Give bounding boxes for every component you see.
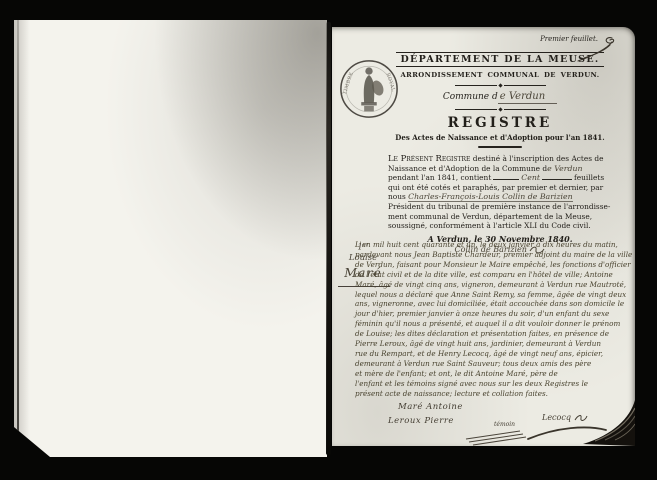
act-line: de l'état civil et de la dite ville, est… <box>355 270 635 280</box>
stamp-figure-head <box>365 67 372 74</box>
act-line: féminin qu'il nous a présenté, et auquel… <box>355 319 635 329</box>
paraph-flourish-icon <box>576 36 616 66</box>
act-line: demeurant à Verdun rue Saint Sauveur; to… <box>355 359 635 369</box>
act-line: rue du Rempart, et de Henry Lecocq, âgé … <box>355 349 635 359</box>
signature-leroux-pierre: Leroux Pierre <box>388 416 454 426</box>
commune-value: e Verdun <box>498 91 557 104</box>
declaration-line: soussigné, conformément à l'article XLI … <box>388 221 612 231</box>
blank-line <box>542 173 572 180</box>
declaration-line: Le Présent Registre destiné à l'inscript… <box>388 154 612 164</box>
header-rule-top <box>396 52 604 53</box>
act-line: Pierre Leroux, âgé de vingt huit ans, ja… <box>355 339 635 349</box>
header-rule-bottom <box>396 66 604 67</box>
declaration-line: qui ont été cotés et paraphés, par premi… <box>388 183 612 193</box>
act-line: présent acte de naissance; lecture et co… <box>355 389 635 399</box>
ornament-divider <box>388 84 612 87</box>
printed-header: Premier feuillet. DÉPARTEMENT DE LA MEUS… <box>388 35 612 255</box>
act-line: pardevant nous Jean Baptiste Chardeur, p… <box>355 250 635 260</box>
page-corner-curl <box>577 400 635 446</box>
register-title: REGISTRE <box>388 115 612 131</box>
act-line: ans, vigneronne, avec lui domiciliée, ét… <box>355 299 635 309</box>
ornament-divider <box>388 108 612 111</box>
commune-label: Commune d <box>443 92 498 102</box>
act-line: de Louise; les dites déclaration et prés… <box>355 329 635 339</box>
microfilm-scan-frame: TIMBRE ROYAL Premier feuillet. DÉPARTEME… <box>0 0 657 480</box>
act-line: jour d'hier, premier janvier à onze heur… <box>355 309 635 319</box>
register-page: TIMBRE ROYAL Premier feuillet. DÉPARTEME… <box>332 27 635 446</box>
declaration-paragraph: Le Présent Registre destiné à l'inscript… <box>388 154 612 231</box>
act-body-text: L'an mil huit cent quarante et un, le de… <box>355 240 635 399</box>
arrondissement-title: ARRONDISSEMENT COMMUNAL DE VERDUN. <box>388 71 612 80</box>
declaration-line: Président du tribunal de première instan… <box>388 202 612 212</box>
declaration-line: nous Charles-François-Louis Collin de Ba… <box>388 192 612 202</box>
act-line: de Verdun, faisant pour Monsieur le Mair… <box>355 260 635 270</box>
act-line: et mère de l'enfant; et ont, le dit Anto… <box>355 369 635 379</box>
ornament-bar <box>478 146 522 148</box>
declaration-line: ment communal de Verdun, département de … <box>388 212 612 222</box>
register-subtitle: Des Actes de Naissance et d'Adoption pou… <box>388 133 612 142</box>
act-line: Maré, âgé de vingt cinq ans, vigneron, d… <box>355 280 635 290</box>
declaration-line: pendant l'an 1841, contientCentfeuillets <box>388 173 612 183</box>
blank-line <box>493 173 519 180</box>
stamp-left-text: TIMBRE <box>342 71 355 95</box>
blank-facing-page <box>14 20 327 457</box>
act-line: L'an mil huit cent quarante et un, le de… <box>355 240 635 250</box>
act-line: lequel nous a déclaré que Anne Saint Rem… <box>355 290 635 300</box>
commune-line: Commune de Verdun <box>388 90 612 104</box>
act-line: l'enfant et les témoins signé avec nous … <box>355 379 635 389</box>
book-gutter-shadow <box>326 22 331 455</box>
declaration-line: Naissance et d'Adoption de la Commune de… <box>388 164 612 174</box>
signature-mare-antoine: Maré Antoine <box>398 402 463 412</box>
